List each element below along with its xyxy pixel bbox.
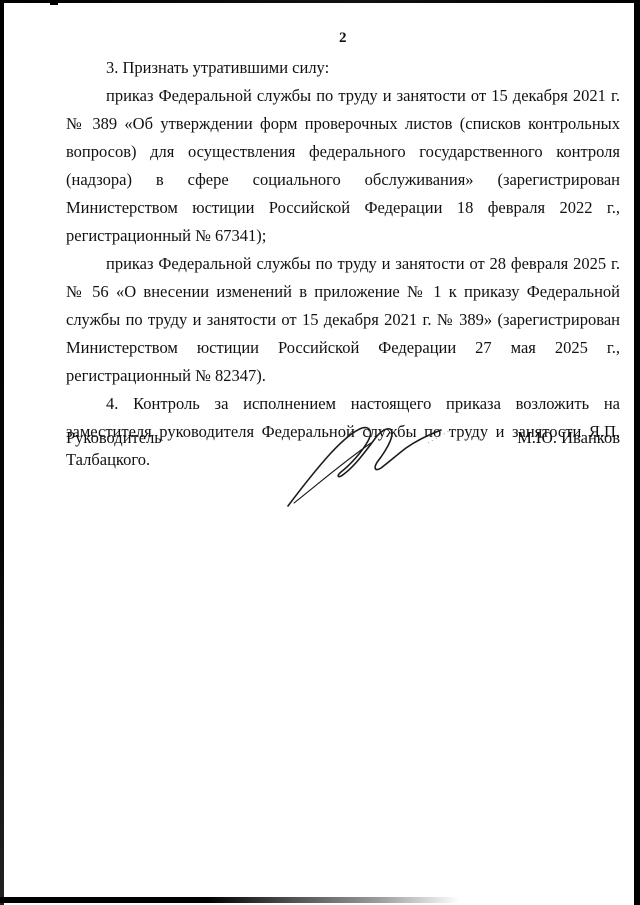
- scan-artifact-notch: [50, 0, 58, 5]
- paragraph-order-56: приказ Федеральной службы по труду и зан…: [66, 250, 620, 390]
- scan-border-right: [634, 0, 640, 905]
- scan-border-bottom: [0, 897, 460, 903]
- signer-title: Руководитель: [66, 424, 162, 452]
- signature-scribble: [278, 416, 463, 514]
- signer-name: М.Ю. Иванков: [517, 424, 620, 452]
- scan-border-left: [0, 0, 4, 905]
- paragraph-revoke-heading: 3. Признать утратившими силу:: [66, 54, 620, 82]
- document-page: 2 3. Признать утратившими силу: приказ Ф…: [0, 0, 640, 905]
- scan-border-top: [0, 0, 640, 3]
- paragraph-order-389: приказ Федеральной службы по труду и зан…: [66, 82, 620, 250]
- page-number: 2: [66, 30, 620, 47]
- document-body: 3. Признать утратившими силу: приказ Фед…: [66, 54, 620, 474]
